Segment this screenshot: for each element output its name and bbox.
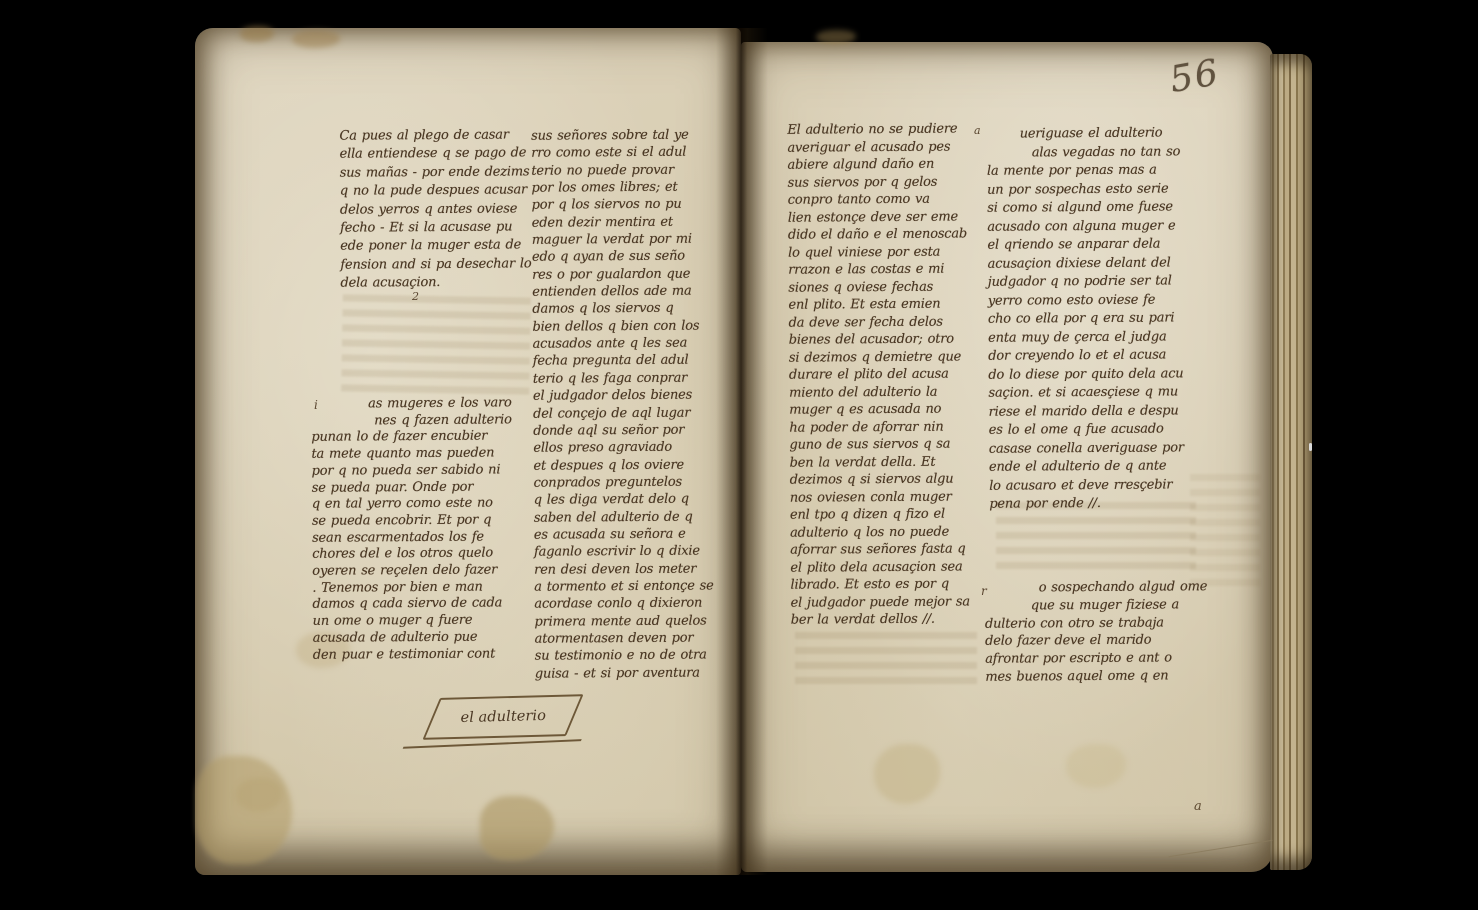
manuscript-text-line: guno de sus siervos q sa [789, 435, 985, 454]
manuscript-text-line: acusados ante q les sea [533, 334, 731, 353]
manuscript-text-line: eden dezir mentira et [532, 213, 730, 232]
manuscript-text-line: q en tal yerro como este no [312, 495, 530, 513]
manuscript-text-line: sus mañas - por ende dezims [340, 163, 536, 183]
manuscript-text-line: es acusada su señora e [534, 525, 732, 544]
manuscript-text-line: dulterio con otro se trabaja [985, 614, 1197, 633]
manuscript-text-line: edo q ayan de sus seño [532, 248, 730, 267]
manuscript-text-line: se pueda encobrir. Et por q [312, 512, 530, 530]
manuscript-text-line: sus siervos por q gelos [788, 173, 984, 192]
manuscript-text-line: saçion. et si acaesçiese q mu [988, 383, 1196, 403]
manuscript-text-line: bien dellos q bien con los [532, 317, 730, 336]
manuscript-text-line: donde aql su señor por [533, 421, 731, 440]
manuscript-text-line: da deve ser fecha delos [789, 313, 985, 332]
manuscript-text-line: conprados preguntelos [533, 473, 731, 492]
manuscript-text-line: yerro como esto oviese fe [988, 291, 1196, 311]
manuscript-text-line: ellos preso agraviado [533, 438, 731, 457]
manuscript-text-line: chores del e los otros quelo [312, 546, 530, 564]
manuscript-text-line: el qriendo se anparar dela [987, 235, 1195, 255]
manuscript-text-line: ella entiendese q se pago de [340, 145, 536, 165]
manuscript-text-line: enl tpo q dizen q fizo el [790, 505, 986, 524]
manuscript-text-line: o sospechando algud ome [1039, 578, 1197, 597]
manuscript-text-line: fension and si pa desechar lo [340, 255, 536, 275]
manuscript-text-line: miento del adulterio la [789, 383, 985, 402]
manuscript-text-line: un por sospechas esto serie [987, 180, 1195, 200]
manuscript-text-line: ha poder de aforrar nin [789, 418, 985, 437]
manuscript-text-line: fecho - Et si la acusase pu [340, 218, 536, 238]
manuscript-text-line: muger q es acusada no [789, 400, 985, 419]
manuscript-text-line: damos q los siervos q [532, 300, 730, 319]
manuscript-photo: 56 i 2 a r a Ca pues al plego de casarel… [0, 0, 1478, 910]
manuscript-text-line: primera mente aud quelos [534, 612, 732, 631]
manuscript-text-line: q les diga verdat delo q [534, 491, 732, 510]
manuscript-text-line: El adulterio no se pudiere [787, 120, 983, 139]
manuscript-text-line: casase conella averiguase por [989, 439, 1197, 459]
manuscript-text-line: punan lo de fazer encubier [311, 429, 529, 447]
manuscript-text-line: den puar e testimoniar cont [313, 646, 531, 664]
manuscript-text-line: dezimos q si siervos algu [790, 470, 986, 489]
manuscript-text-line: afrontar por escripto e ant o [985, 649, 1197, 668]
manuscript-text-line: dor creyendo lo et el acusa [988, 346, 1196, 366]
manuscript-text-line: abiere algund daño en [787, 155, 983, 174]
bleedthrough-text [1190, 470, 1260, 590]
manuscript-text-line: do lo diese por quito dela acu [988, 365, 1196, 385]
manuscript-text-line: por q los siervos no pu [532, 196, 730, 215]
manuscript-text-line: aforrar sus señores fasta q [790, 540, 986, 559]
manuscript-text-line: bienes del acusador; otro [789, 330, 985, 349]
manuscript-text-line: oyeren se reçelen delo fazer [312, 562, 530, 580]
manuscript-text-line: averiguar el acusado pes [787, 138, 983, 157]
manuscript-text-line: lien estonçe deve ser eme [788, 208, 984, 227]
manuscript-text-line: el plito dela acusaçion sea [790, 558, 986, 577]
manuscript-text-line: lo quel viniese por esta [788, 243, 984, 262]
manuscript-text-line: acusado con alguna muger e [987, 217, 1195, 237]
manuscript-text-line: delo fazer deve el marido [985, 632, 1197, 651]
manuscript-text-line: ber la verdat dellos //. [791, 610, 987, 629]
manuscript-text-line: delos yerros q antes oviese [340, 200, 536, 220]
manuscript-text-line: guisa - et si por aventura [535, 664, 733, 683]
manuscript-text-line: ren desi deven los meter [534, 560, 732, 579]
chapter-caption-box: el adulterio [422, 694, 583, 740]
manuscript-text-line: faganlo escrivir lo q dixie [534, 543, 732, 562]
manuscript-text-line: nes q fazen adulterio [374, 412, 529, 430]
manuscript-text-line: se pueda puar. Onde por [312, 479, 530, 497]
manuscript-text-line: riese el marido della e despu [989, 402, 1197, 422]
manuscript-text-line: dela acusaçion. [340, 274, 536, 294]
manuscript-text-line: judgador q no podrie ser tal [988, 272, 1196, 292]
manuscript-text-line: rrazon e las costas e mi [788, 260, 984, 279]
manuscript-text-line: un ome o muger q fuere [313, 612, 531, 630]
right-page-column2-paragraph2: o sospechando algud omeque su muger fizi… [985, 578, 1198, 686]
stain [196, 756, 292, 864]
manuscript-text-line: ueriguase el adulterio [1020, 124, 1195, 144]
manuscript-text-line: por los omes libres; et [531, 178, 729, 197]
manuscript-text-line: fecha pregunta del adul [533, 352, 731, 371]
fore-edge-page-stack [1270, 54, 1312, 870]
manuscript-text-line: pena por ende //. [989, 494, 1197, 514]
manuscript-text-line: acusaçion dixiese delant del [988, 254, 1196, 274]
manuscript-text-line: rro como este si el adul [531, 144, 729, 163]
manuscript-text-line: su testimonio e no de otra [535, 647, 733, 666]
manuscript-text-line: res o por gualardon que [532, 265, 730, 284]
bleedthrough-text [341, 290, 531, 399]
manuscript-text-line: si dezimos q demietre que [789, 348, 985, 367]
left-page-column1-paragraph1: Ca pues al plego de casarella entiendese… [339, 126, 536, 293]
manuscript-text-line: acordase conlo q dixieron [534, 595, 732, 614]
manuscript-text-line: ben la verdat della. Et [790, 453, 986, 472]
manuscript-text-line: q no la pude despues acusar [340, 182, 536, 202]
right-page-column2-paragraph1: ueriguase el adulterioalas vegadas no ta… [987, 124, 1198, 514]
manuscript-text-line: el judgador puede mejor sa [791, 593, 987, 612]
manuscript-text-line: . Tenemos por bien e man [312, 579, 530, 597]
manuscript-text-line: lo acusaro et deve rresçebir [989, 476, 1197, 496]
manuscript-text-line: conpro tanto como va [788, 190, 984, 209]
left-page-column1-paragraph2: as mugeres e los varones q fazen adulter… [311, 395, 531, 664]
manuscript-text-line: terio no puede provar [531, 161, 729, 180]
manuscript-text-line: enl plito. Et esta emien [788, 295, 984, 314]
manuscript-text-line: adulterio q los no puede [790, 523, 986, 542]
manuscript-text-line: entienden dellos ade ma [532, 282, 730, 301]
manuscript-text-line: sean escarmentados los fe [312, 529, 530, 547]
manuscript-text-line: enta muy de çerca el judga [988, 328, 1196, 348]
manuscript-text-line: dido el daño e el menoscab [788, 225, 984, 244]
manuscript-text-line: que su muger fiziese a [1031, 596, 1197, 615]
manuscript-text-line: sus señores sobre tal ye [531, 126, 729, 145]
manuscript-text-line: la mente por penas mas a [987, 161, 1195, 181]
manuscript-text-line: saben del adulterio de q [534, 508, 732, 527]
manuscript-text-line: cho co ella por q era su pari [988, 309, 1196, 329]
manuscript-text-line: damos q cada siervo de cada [312, 596, 530, 614]
left-page-column2: sus señores sobre tal yerro como este si… [531, 126, 733, 682]
manuscript-text-line: ende el adulterio de q ante [989, 457, 1197, 477]
manuscript-text-line: es lo el ome q fue acusado [989, 420, 1197, 440]
manuscript-text-line: terio q les faga conprar [533, 369, 731, 388]
manuscript-text-line: alas vegadas no tan so [1032, 143, 1195, 163]
manuscript-text-line: maguer la verdat por mi [532, 230, 730, 249]
manuscript-text-line: ede poner la muger esta de [340, 237, 536, 257]
manuscript-text-line: siones q oviese fechas [788, 278, 984, 297]
manuscript-text-line: si como si algund ome fuese [987, 198, 1195, 218]
chapter-caption-label: el adulterio [460, 708, 546, 726]
manuscript-text-line: nos oviesen conla muger [790, 488, 986, 507]
manuscript-text-line: librado. Et esto es por q [790, 575, 986, 594]
manuscript-text-line: ta mete quanto mas pueden [311, 445, 529, 463]
bleedthrough-text [795, 628, 977, 688]
dust-speck [1309, 443, 1312, 451]
manuscript-text-line: del conçejo de aql lugar [533, 404, 731, 423]
manuscript-text-line: durare el plito del acusa [789, 365, 985, 384]
manuscript-text-line: acusada de adulterio pue [313, 629, 531, 647]
manuscript-text-line: et despues q los oviere [533, 456, 731, 475]
manuscript-text-line: por q no pueda ser sabido ni [312, 462, 530, 480]
folio-number: 56 [1167, 52, 1223, 101]
manuscript-text-line: Ca pues al plego de casar [339, 126, 535, 146]
manuscript-text-line: a tormento et si entonçe se [534, 577, 732, 596]
corner-mark: a [1194, 799, 1202, 814]
manuscript-text-line: mes buenos aquel ome q en [985, 667, 1197, 686]
right-page-column1: El adulterio no se pudiereaveriguar el a… [787, 120, 987, 629]
manuscript-text-line: atormentasen deven por [535, 629, 733, 648]
manuscript-text-line: as mugeres e los varo [368, 395, 529, 413]
manuscript-text-line: el judgador delos bienes [533, 386, 731, 405]
